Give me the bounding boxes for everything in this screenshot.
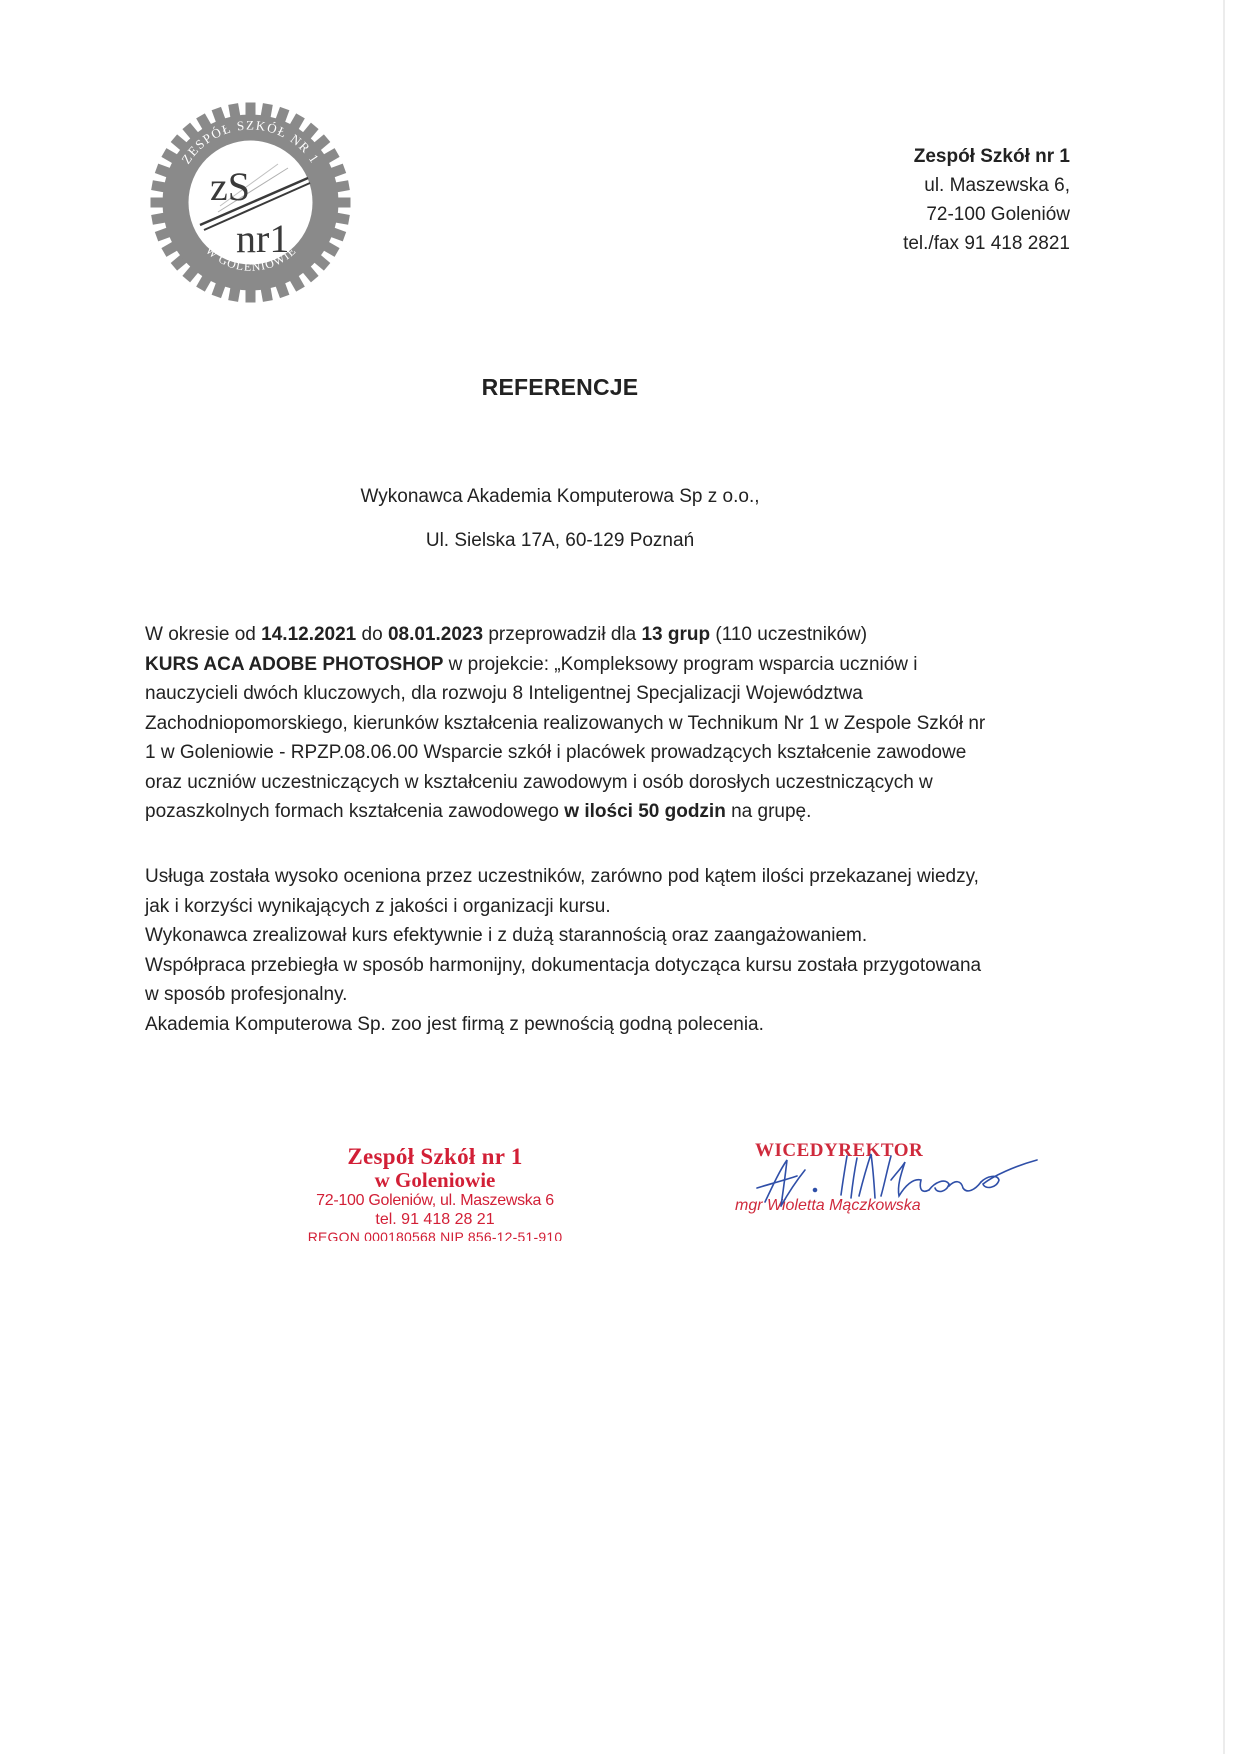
text: W okresie od — [145, 624, 261, 645]
sender-address: Zespół Szkół nr 1 ul. Maszewska 6, 72-10… — [903, 142, 1070, 258]
hours-per-group: w ilości 50 godzin — [564, 801, 726, 822]
text: pozaszkolnych formach kształcenia zawodo… — [145, 801, 564, 822]
handwritten-signature-icon — [735, 1140, 1055, 1240]
svg-text:zS: zS — [210, 164, 250, 209]
participant-count: (110 uczestników) — [710, 624, 867, 645]
text-line: Wykonawca zrealizował kurs efektywnie i … — [145, 921, 1075, 951]
text-line: 1 w Goleniowie - RPZP.08.06.00 Wsparcie … — [145, 738, 1075, 768]
text: w projekcie: „Kompleksowy program wsparc… — [443, 654, 917, 675]
text-line: Zachodniopomorskiego, kierunków kształce… — [145, 709, 1075, 739]
recipient-name: Wykonawca Akademia Komputerowa Sp z o.o.… — [0, 486, 1120, 508]
text: na grupę. — [726, 801, 812, 822]
page-edge — [1223, 0, 1225, 1754]
sender-phone: tel./fax 91 418 2821 — [903, 229, 1070, 258]
text-line: nauczycieli dwóch kluczowych, dla rozwoj… — [145, 679, 1075, 709]
school-logo: ZESPÓŁ SZKÓŁ NR 1 W GOLENIOWIE zS nr1 — [148, 100, 353, 305]
svg-text:nr1: nr1 — [236, 216, 289, 261]
text-line: w sposób profesjonalny. — [145, 980, 1075, 1010]
text: do — [356, 624, 388, 645]
text: przeprowadził dla — [483, 624, 641, 645]
sender-city: 72-100 Goleniów — [903, 200, 1070, 229]
text-line: oraz uczniów uczestniczących w kształcen… — [145, 768, 1075, 798]
signature-block: WICEDYREKTOR mgr Wioletta Mączkowska — [735, 1140, 1055, 1240]
stamp-regon-nip: REGON 000180568 NIP 856-12-51-910 — [285, 1229, 585, 1241]
text-line: Usługa została wysoko oceniona przez ucz… — [145, 862, 1075, 892]
evaluation-paragraph: Usługa została wysoko oceniona przez ucz… — [145, 862, 1075, 1039]
date-from: 14.12.2021 — [261, 624, 356, 645]
group-count: 13 grup — [641, 624, 710, 645]
document-title: REFERENCJE — [0, 374, 1120, 401]
gear-emblem-icon: ZESPÓŁ SZKÓŁ NR 1 W GOLENIOWIE zS nr1 — [148, 100, 353, 305]
stamp-school-name: Zespół Szkół nr 1 — [285, 1145, 585, 1169]
school-stamp: Zespół Szkół nr 1 w Goleniowie 72-100 Go… — [285, 1145, 585, 1241]
stamp-town: w Goleniowie — [285, 1169, 585, 1191]
course-details-paragraph: W okresie od 14.12.2021 do 08.01.2023 pr… — [145, 620, 1075, 827]
recipient-address: Ul. Sielska 17A, 60-129 Poznań — [0, 530, 1120, 552]
stamp-address: 72-100 Goleniów, ul. Maszewska 6 — [285, 1191, 585, 1210]
sender-name: Zespół Szkół nr 1 — [903, 142, 1070, 171]
course-name: KURS ACA ADOBE PHOTOSHOP — [145, 654, 443, 675]
sender-street: ul. Maszewska 6, — [903, 171, 1070, 200]
date-to: 08.01.2023 — [388, 624, 483, 645]
text-line: jak i korzyści wynikających z jakości i … — [145, 892, 1075, 922]
stamp-phone: tel. 91 418 28 21 — [285, 1210, 585, 1229]
text-line: Współpraca przebiegła w sposób harmonijn… — [145, 951, 1075, 981]
text-line: Akademia Komputerowa Sp. zoo jest firmą … — [145, 1010, 1075, 1040]
